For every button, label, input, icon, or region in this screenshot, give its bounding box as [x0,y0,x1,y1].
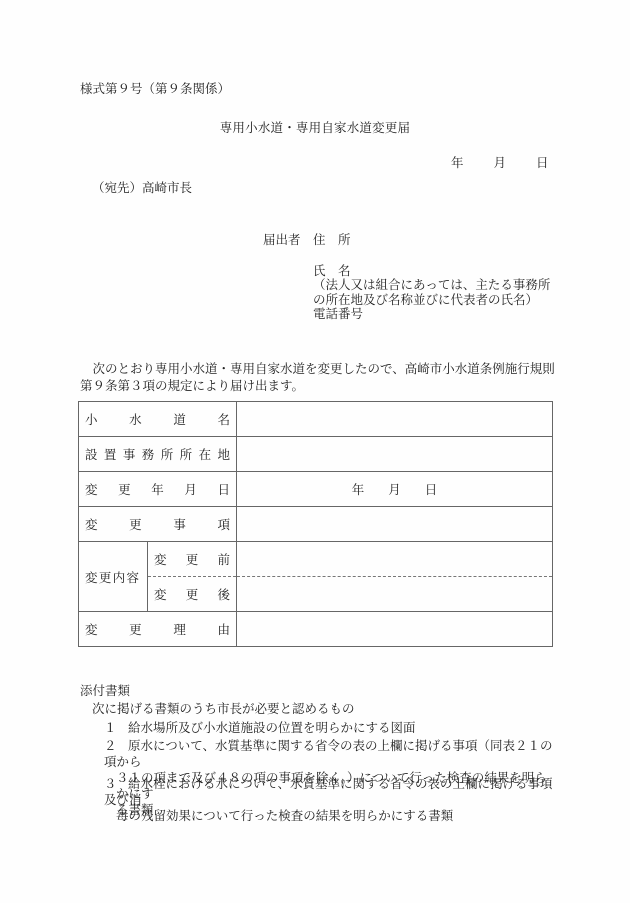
table-row: 変 更 事 項 [79,507,553,542]
name-note-line1: （法人又は組合にあっては、主たる事務所 [313,277,550,293]
change-date-label: 変 更 年 月 日 [79,472,237,507]
change-items-field[interactable] [237,507,553,542]
change-date-field[interactable]: 年月日 [237,472,553,507]
attachments-title: 添付書類 [80,683,130,699]
phone-label: 電話番号 [313,306,363,322]
before-change-label: 変 更 前 [148,542,237,577]
table-row: 変 更 年 月 日 年月日 [79,472,553,507]
attachment-text: 原水について、水質基準に関する省令の表の上欄に掲げる事項（同表２１の項から [104,738,553,769]
office-location-label: 設置事務所所在地 [79,437,237,472]
document-title: 専用小水道・専用自家水道変更届 [0,120,630,136]
table-row: 小 水 道 名 [79,402,553,437]
water-supply-name-field[interactable] [237,402,553,437]
change-reason-label: 変 更 理 由 [79,612,237,647]
date-year-label: 年 [451,155,464,171]
after-change-label: 変 更 後 [148,577,237,612]
attachment-item: ３給水栓における水について、水質基準に関する省令の表の上欄に掲げる事項及び消 毒… [104,776,556,824]
addressee: （宛先）高崎市長 [92,180,192,196]
change-reason-field[interactable] [237,612,553,647]
address-label: 住 所 [313,232,351,248]
table-row: 変 更 後 [79,577,553,612]
submission-date: 年月日 [451,155,549,171]
form-number: 様式第９号（第９条関係） [80,81,230,97]
after-change-field[interactable] [237,577,553,612]
table-row: 変 更 理 由 [79,612,553,647]
attachment-item: １給水場所及び小水道施設の位置を明らかにする図面 [104,720,556,736]
water-supply-name-label: 小 水 道 名 [79,402,237,437]
attachment-number: ３ [104,776,128,792]
attachment-text: 給水栓における水について、水質基準に関する省令の表の上欄に掲げる事項及び消 [104,776,553,807]
change-date-day: 日 [425,480,438,498]
attachment-number: １ [104,720,128,736]
date-month-label: 月 [494,155,507,171]
body-text: 次のとおり専用小水道・専用自家水道を変更したので、高崎市小水道条例施行規則第９条… [80,360,555,394]
change-items-label: 変 更 事 項 [79,507,237,542]
attachment-text: 給水場所及び小水道施設の位置を明らかにする図面 [128,720,416,735]
attachment-text-cont: 毒の残留効果について行った検査の結果を明らかにする書類 [104,808,556,824]
date-day-label: 日 [536,155,549,171]
change-date-month: 月 [388,480,401,498]
attachment-number: ２ [104,738,128,754]
table-row: 変更内容 変 更 前 [79,542,553,577]
attachments-intro: 次に掲げる書類のうち市長が必要と認めるもの [92,701,355,717]
before-change-field[interactable] [237,542,553,577]
notifier-label: 届出者 [263,232,301,248]
change-content-label: 変更内容 [79,542,148,612]
change-form-table: 小 水 道 名 設置事務所所在地 変 更 年 月 日 年月日 変 更 事 項 変… [78,401,553,647]
office-location-field[interactable] [237,437,553,472]
table-row: 設置事務所所在地 [79,437,553,472]
change-date-year: 年 [352,480,365,498]
